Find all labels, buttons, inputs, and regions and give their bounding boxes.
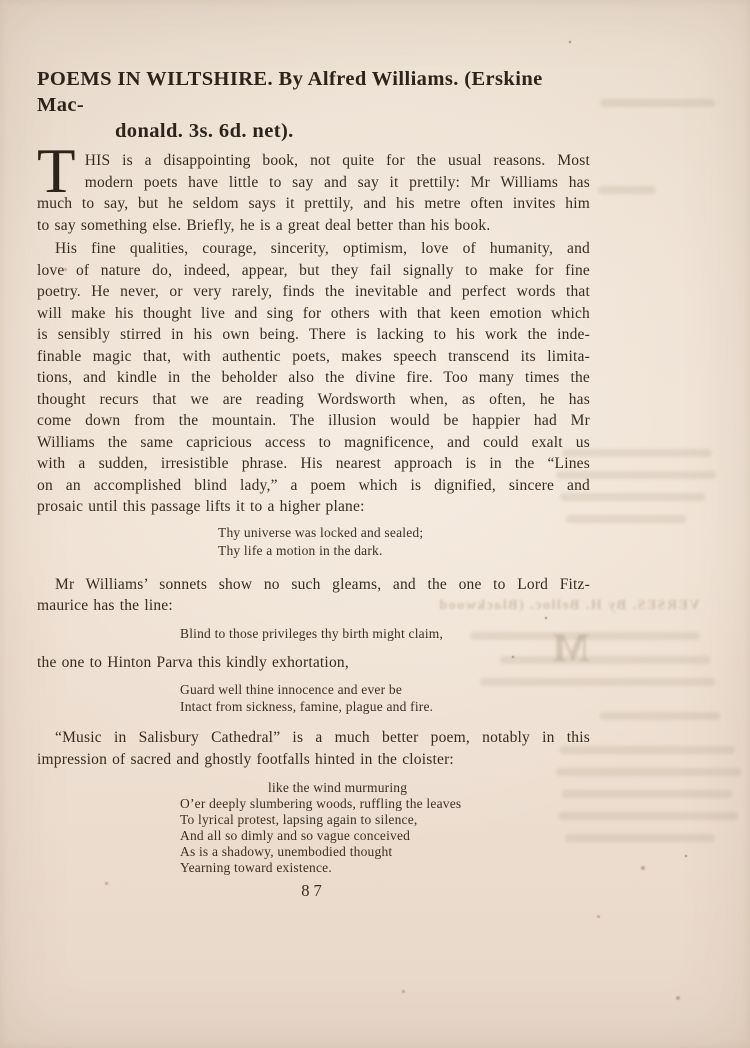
text-line: Thy life a motion in the dark. xyxy=(218,542,590,560)
paper-speck xyxy=(64,268,67,271)
ghost-text-artifact xyxy=(558,812,738,820)
ghost-text-artifact xyxy=(556,471,716,479)
text-line: like the wind murmuring xyxy=(180,780,590,796)
verse-quote: Guard well thine innocence and ever beIn… xyxy=(37,681,590,715)
text-line: to say something else. Briefly, he is a … xyxy=(37,215,590,237)
paper-speck xyxy=(685,855,687,857)
page-number: 87 xyxy=(37,881,590,901)
paper-speck xyxy=(569,41,571,43)
ghost-text-artifact xyxy=(598,186,656,194)
text-line: Intact from sickness, famine, plague and… xyxy=(180,698,590,715)
text-line: “Music in Salisbury Cathedral” is a much… xyxy=(37,727,590,749)
text-line: His fine qualities, courage, sincerity, … xyxy=(37,238,590,260)
ghost-text-artifact xyxy=(560,746,735,754)
review-body: THIS is a disappointing book, not quite … xyxy=(37,150,590,876)
text-line: impression of sacred and ghostly footfal… xyxy=(37,749,590,771)
ghost-text-artifact xyxy=(556,768,741,776)
paper-speck xyxy=(512,656,514,658)
text-line: tions, and kindle in the beholder also t… xyxy=(37,367,590,389)
text-line: love of nature do, indeed, appear, but t… xyxy=(37,260,590,282)
ghost-text-artifact xyxy=(470,632,700,640)
ghost-text-artifact xyxy=(600,99,715,107)
review-heading-line-2: donald. 3s. 6d. net). xyxy=(37,118,590,144)
text-line: Mr Williams’ sonnets show no such gleams… xyxy=(37,574,590,596)
paper-speck xyxy=(402,990,405,993)
ghost-text-artifact xyxy=(562,790,732,798)
verse-quote: Thy universe was locked and sealed;Thy l… xyxy=(37,524,590,560)
paper-speck xyxy=(105,882,108,885)
text-line: poetry. He never, or very rarely, finds … xyxy=(37,281,590,303)
ghost-text-artifact xyxy=(480,678,715,686)
drop-cap: T xyxy=(37,150,85,193)
paragraph: His fine qualities, courage, sincerity, … xyxy=(37,238,590,518)
review-heading-line-1: POEMS IN WILTSHIRE. By Alfred Williams. … xyxy=(37,66,590,118)
text-line: modern poets have little to say and say … xyxy=(37,172,590,194)
paper-speck xyxy=(597,915,600,918)
paper-speck xyxy=(545,617,547,619)
text-line: To lyrical protest, lapsing again to sil… xyxy=(180,812,590,828)
show-through-text: VERSES. By H. Belloc. (Blackwood xyxy=(438,598,700,614)
text-line: O’er deeply slumbering woods, ruffling t… xyxy=(180,796,590,812)
ghost-text-artifact xyxy=(500,656,710,664)
page-content: POEMS IN WILTSHIRE. By Alfred Williams. … xyxy=(37,66,590,901)
paper-speck xyxy=(641,866,645,870)
text-line: with a sudden, irresistible phrase. His … xyxy=(37,453,590,475)
text-line: much to say, but he seldom says it prett… xyxy=(37,193,590,215)
ghost-text-artifact xyxy=(560,493,705,501)
book-page-scan: POEMS IN WILTSHIRE. By Alfred Williams. … xyxy=(0,0,750,1048)
text-line: come down from the mountain. The illusio… xyxy=(37,410,590,432)
paper-speck xyxy=(676,996,680,1000)
text-line: Thy universe was locked and sealed; xyxy=(218,524,590,542)
paragraph: “Music in Salisbury Cathedral” is a much… xyxy=(37,727,590,770)
text-line: will make his thought live and sing for … xyxy=(37,303,590,325)
verse-quote: like the wind murmuringO’er deeply slumb… xyxy=(37,780,590,876)
review-heading: POEMS IN WILTSHIRE. By Alfred Williams. … xyxy=(37,66,590,144)
text-line: And all so dimly and so vague conceived xyxy=(180,828,590,844)
paragraph: THIS is a disappointing book, not quite … xyxy=(37,150,590,236)
text-line: on an accomplished blind lady,” a poem w… xyxy=(37,475,590,497)
text-line: finable magic that, with authentic poets… xyxy=(37,346,590,368)
ghost-text-artifact xyxy=(565,834,715,842)
ghost-text-artifact xyxy=(562,449,712,457)
text-line: Williams the same capricious access to m… xyxy=(37,432,590,454)
text-line: HIS is a disappointing book, not quite f… xyxy=(37,150,590,172)
text-line: Yearning toward existence. xyxy=(180,860,590,876)
text-line: prosaic until this passage lifts it to a… xyxy=(37,496,590,518)
ghost-text-artifact xyxy=(600,712,720,720)
ghost-text-artifact xyxy=(566,515,686,523)
text-line: is sensibly stirred in his own being. Th… xyxy=(37,324,590,346)
text-line: thought recurs that we are reading Words… xyxy=(37,389,590,411)
text-line: As is a shadowy, unembodied thought xyxy=(180,844,590,860)
